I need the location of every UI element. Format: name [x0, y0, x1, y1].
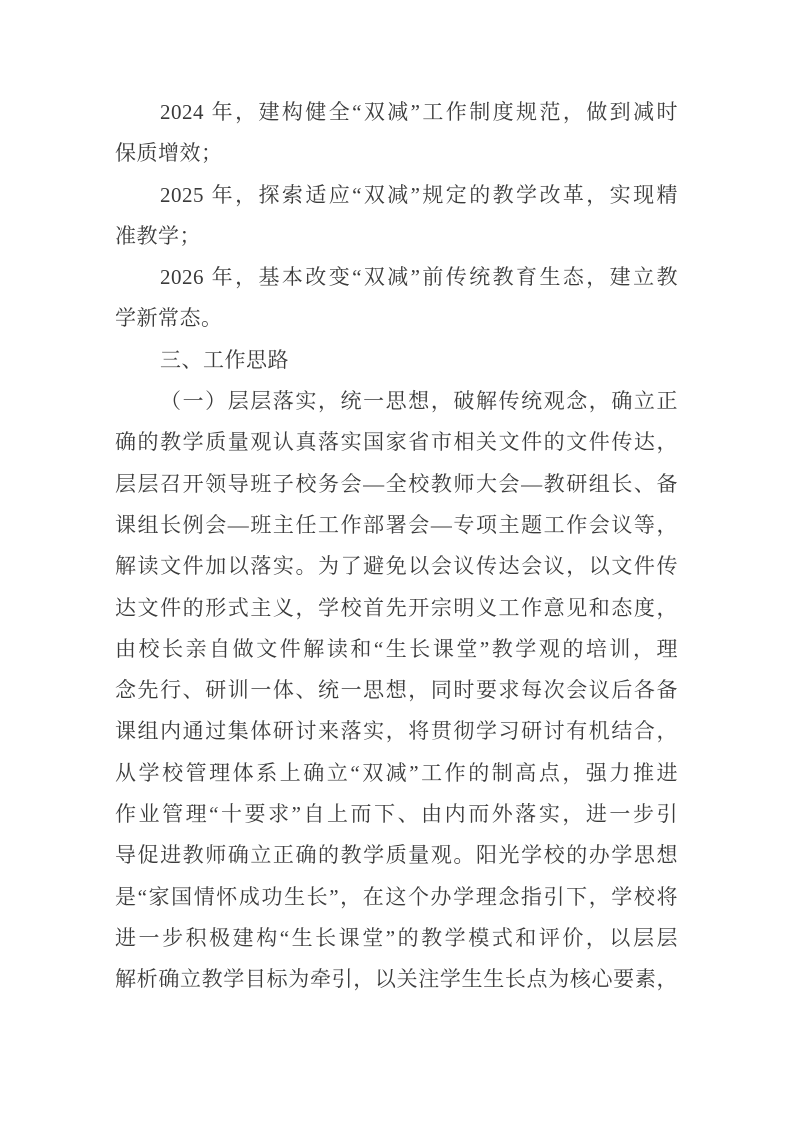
- document-body: 2024 年，建构健全“双减”工作制度规范，做到减时 保质增效； 2025 年，…: [115, 92, 678, 1001]
- text-line: 2024 年，建构健全“双减”工作制度规范，做到减时: [115, 92, 678, 133]
- text-line: 层层召开领导班子校务会—全校教师大会—教研组长、备: [115, 464, 678, 505]
- text-line: 学新常态。: [115, 298, 678, 339]
- text-line: 作业管理“十要求”自上而下、由内而外落实，进一步引: [115, 794, 678, 835]
- text-line: 解析确立教学目标为牵引，以关注学生生长点为核心要素，: [115, 959, 678, 1000]
- text-line: 导促进教师确立正确的教学质量观。阳光学校的办学思想: [115, 835, 678, 876]
- text-line: 从学校管理体系上确立“双减”工作的制高点，强力推进: [115, 753, 678, 794]
- text-line: 进一步积极建构“生长课堂”的教学模式和评价，以层层: [115, 918, 678, 959]
- text-line: 是“家国情怀成功生长”，在这个办学理念指引下，学校将: [115, 877, 678, 918]
- text-line: 由校长亲自做文件解读和“生长课堂”教学观的培训，理: [115, 629, 678, 670]
- text-line: 保质增效；: [115, 133, 678, 174]
- text-line: （一）层层落实，统一思想，破解传统观念，确立正: [115, 381, 678, 422]
- text-line: 确的教学质量观认真落实国家省市相关文件的文件传达，: [115, 422, 678, 463]
- text-line: 课组长例会—班主任工作部署会—专项主题工作会议等，: [115, 505, 678, 546]
- text-line: 课组内通过集体研讨来落实，将贯彻学习研讨有机结合，: [115, 711, 678, 752]
- text-line: 2026 年，基本改变“双减”前传统教育生态，建立教: [115, 257, 678, 298]
- text-line: 2025 年，探索适应“双减”规定的教学改革，实现精: [115, 175, 678, 216]
- text-line: 准教学；: [115, 216, 678, 257]
- text-line: 解读文件加以落实。为了避免以会议传达会议，以文件传: [115, 546, 678, 587]
- section-heading: 三、工作思路: [115, 340, 678, 381]
- text-line: 念先行、研训一体、统一思想，同时要求每次会议后各备: [115, 670, 678, 711]
- text-line: 达文件的形式主义，学校首先开宗明义工作意见和态度，: [115, 588, 678, 629]
- document-page: 2024 年，建构健全“双减”工作制度规范，做到减时 保质增效； 2025 年，…: [0, 0, 793, 1122]
